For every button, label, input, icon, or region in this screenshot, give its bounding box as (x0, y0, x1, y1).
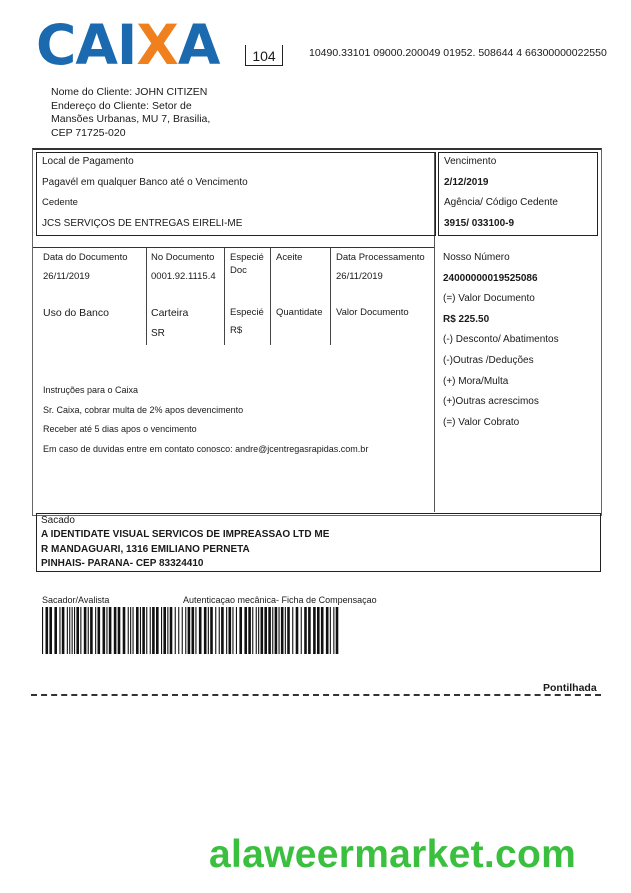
uso-banco-label: Uso do Banco (43, 307, 109, 319)
local-pagamento-value: Pagavél em qualquer Banco até o Vencimen… (42, 177, 248, 189)
carteira-label: Carteira (151, 307, 188, 319)
logo-text-end: A (178, 13, 220, 77)
client-info: Nome do Cliente: JOHN CITIZEN Endereço d… (51, 86, 210, 140)
autenticacao-label: Autenticaçao mecânica- Ficha de Compensa… (183, 595, 377, 606)
local-pagamento-label: Local de Pagamento (42, 156, 134, 168)
cell-divider (270, 248, 271, 345)
client-name: Nome do Cliente: JOHN CITIZEN (51, 86, 210, 100)
no-documento-label: No Documento (151, 252, 214, 264)
caixa-logo: CAIXA (36, 21, 236, 71)
sacado-box: Sacado A IDENTIDATE VISUAL SERVICOS DE I… (36, 513, 601, 572)
cut-line (31, 694, 601, 696)
logo-x-mark: X (136, 13, 177, 77)
client-address-line: Mansões Urbanas, MU 7, Brasilia, (51, 113, 210, 127)
valor-documento-label: (=) Valor Documento (443, 293, 535, 305)
client-address-line: CEP 71725-020 (51, 127, 210, 141)
barcode-icon (42, 607, 342, 654)
data-documento-label: Data do Documento (43, 252, 128, 264)
agencia-value: 3915/ 033100-9 (444, 218, 514, 230)
aceite-label: Aceite (276, 252, 302, 264)
sacado-line: A IDENTIDATE VISUAL SERVICOS DE IMPREASS… (41, 529, 329, 541)
sacado-line: PINHAIS- PARANA- CEP 83324410 (41, 558, 203, 570)
vencimento-value: 2/12/2019 (444, 177, 489, 189)
digitable-line: 10490.33101 09000.200049 01952. 508644 4… (309, 47, 607, 59)
agencia-label: Agência/ Código Cedente (444, 197, 558, 209)
cedente-label: Cedente (42, 197, 78, 209)
row-divider (33, 247, 434, 248)
valor-documento-value: R$ 225.50 (443, 314, 489, 326)
cedente-value: JCS SERVIÇOS DE ENTREGAS EIRELI-ME (42, 218, 242, 230)
instrucoes-title: Instruções para o Caixa (43, 385, 138, 396)
quantidade-label: Quantidate (276, 307, 322, 319)
especie-doc-label-2: Doc (230, 265, 247, 277)
due-date-box: Vencimento 2/12/2019 Agência/ Código Ced… (438, 152, 598, 236)
especie-doc-label: Especié (230, 252, 264, 264)
bank-code: 104 (245, 45, 283, 66)
cell-divider (224, 248, 225, 345)
nosso-numero-label: Nosso Número (443, 252, 510, 264)
especie-label: Especié (230, 307, 264, 319)
vencimento-label: Vencimento (444, 156, 496, 168)
data-documento-value: 26/11/2019 (43, 271, 90, 283)
data-processamento-value: 26/11/2019 (336, 271, 383, 283)
carteira-value: SR (151, 328, 165, 340)
cell-divider (146, 248, 147, 345)
no-documento-value: 0001.92.1115.4 (151, 271, 216, 283)
sacado-line: R MANDAGUARI, 1316 EMILIANO PERNETA (41, 544, 250, 556)
cell-divider (330, 248, 331, 345)
especie-value: R$ (230, 325, 242, 337)
payment-place-box: Local de Pagamento Pagavél em qualquer B… (36, 152, 436, 236)
logo-text: CAI (36, 13, 136, 77)
outras-deducoes-label: (-)Outras /Deduções (443, 355, 534, 367)
instrucao-line: Em caso de duvidas entre em contato cono… (43, 444, 368, 455)
data-processamento-label: Data Processamento (336, 252, 425, 264)
nosso-numero-value: 24000000019525086 (443, 273, 538, 285)
sacado-label: Sacado (41, 515, 75, 527)
valor-cobrado-label: (=) Valor Cobrato (443, 417, 519, 429)
watermark: alaweermarket.com (209, 833, 576, 877)
pontilhada-label: Pontilhada (543, 682, 597, 694)
valor-documento-col-label: Valor Documento (336, 307, 409, 319)
desconto-label: (-) Desconto/ Abatimentos (443, 334, 559, 346)
outros-acrescimos-label: (+)Outras acrescimos (443, 396, 539, 408)
sacador-avalista-label: Sacador/Avalista (42, 595, 109, 606)
instrucao-line: Sr. Caixa, cobrar multa de 2% apos deven… (43, 405, 243, 416)
client-address-line: Endereço do Cliente: Setor de (51, 100, 210, 114)
mora-multa-label: (+) Mora/Multa (443, 376, 508, 388)
instrucao-line: Receber até 5 dias apos o vencimento (43, 424, 197, 435)
